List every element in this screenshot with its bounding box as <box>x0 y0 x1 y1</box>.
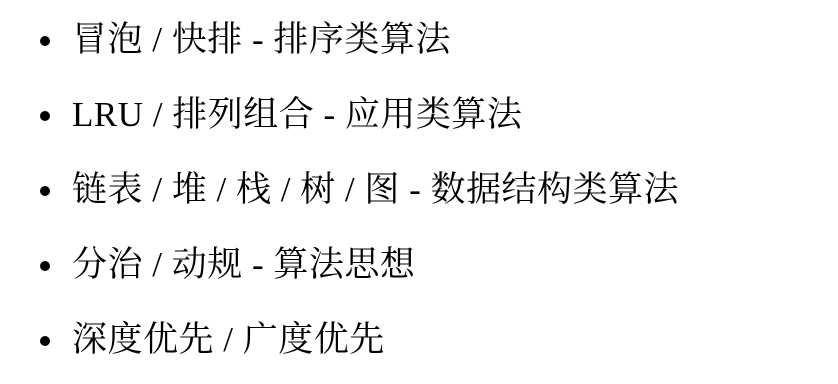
list-item-text: 冒泡 / 快排 - 排序类算法 <box>72 22 451 57</box>
bullet-icon <box>40 36 50 46</box>
list-item-text: 链表 / 堆 / 栈 / 树 / 图 - 数据结构类算法 <box>72 172 679 207</box>
list-item: 深度优先 / 广度优先 <box>40 302 838 377</box>
list-item-text: 分治 / 动规 - 算法思想 <box>72 247 415 282</box>
list-item: 分治 / 动规 - 算法思想 <box>40 227 838 302</box>
bullet-icon <box>40 261 50 271</box>
bullet-icon <box>40 111 50 121</box>
document-page: 冒泡 / 快排 - 排序类算法 LRU / 排列组合 - 应用类算法 链表 / … <box>0 0 838 384</box>
list-item-text: LRU / 排列组合 - 应用类算法 <box>72 97 522 132</box>
list-item: 链表 / 堆 / 栈 / 树 / 图 - 数据结构类算法 <box>40 152 838 227</box>
list-item: LRU / 排列组合 - 应用类算法 <box>40 77 838 152</box>
bullet-list: 冒泡 / 快排 - 排序类算法 LRU / 排列组合 - 应用类算法 链表 / … <box>0 0 838 377</box>
list-item-text: 深度优先 / 广度优先 <box>72 322 385 357</box>
bullet-icon <box>40 186 50 196</box>
bullet-icon <box>40 336 50 346</box>
list-item: 冒泡 / 快排 - 排序类算法 <box>40 2 838 77</box>
